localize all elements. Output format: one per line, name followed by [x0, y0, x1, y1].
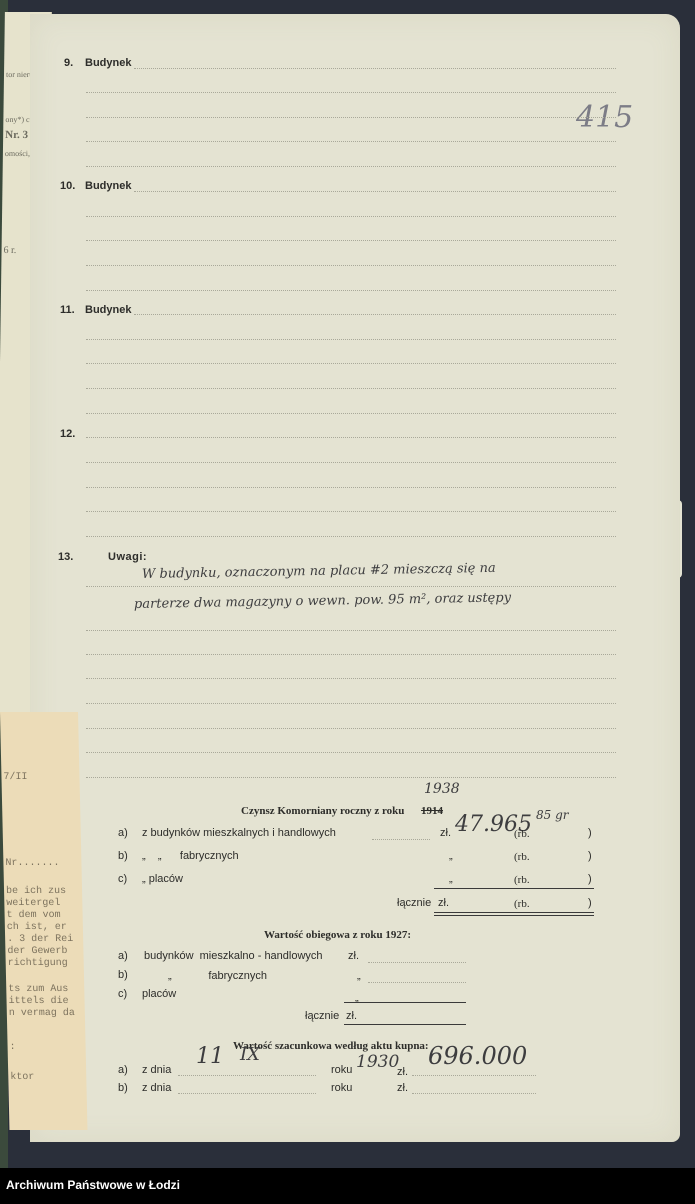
entry-line: [86, 166, 616, 167]
estimated-row-a-month: IX: [240, 1044, 260, 1065]
estimated-row-b-letter: b): [118, 1082, 128, 1094]
rent-row-c-close: ): [588, 873, 592, 885]
entry-line: [86, 678, 616, 679]
estimated-row-b-date-label: z dnia: [142, 1082, 171, 1094]
estimated-value-title: Wartość szacunkowa według aktu kupna:: [233, 1040, 429, 1052]
rent-row-a-currency: zł.: [440, 827, 451, 839]
market-row-c-letter: c): [118, 988, 127, 1000]
stub-text: weitergel: [6, 898, 60, 910]
entry-line: [86, 92, 616, 93]
archive-name: Archiwum Państwowe w Łodzi: [6, 1178, 180, 1192]
remarks-label: Uwagi:: [108, 551, 147, 563]
rent-row-a-close: ): [588, 827, 592, 839]
rent-row-a-letter: a): [118, 827, 128, 839]
market-value-title: Wartość obiegowa z roku 1927:: [264, 929, 411, 941]
section-10-label: Budynek: [85, 180, 131, 192]
stub-text: ittels die: [8, 996, 68, 1008]
entry-line: [86, 117, 616, 118]
entry-line: [412, 1075, 536, 1076]
rent-total-currency: zł.: [438, 897, 449, 909]
rent-row-b-close: ): [588, 850, 592, 862]
rent-row-b-rb: (rb.: [514, 851, 530, 863]
back-sheet-text: 6 r.: [3, 245, 16, 256]
rent-total-rb: (rb.: [514, 898, 530, 910]
entry-line: [86, 339, 616, 340]
entry-line: [86, 511, 616, 512]
document-scan: tor nieru- ony*) co- Nr. 3 omości, 6 r. …: [0, 0, 695, 1168]
estimated-row-a-year-label: roku: [331, 1064, 352, 1076]
entry-line: [86, 363, 616, 364]
rent-printed-year: 1914: [421, 805, 443, 817]
rent-row-c-letter: c): [118, 873, 127, 885]
rent-row-c-label: „ placów: [142, 873, 183, 885]
stub-text: ktor: [10, 1072, 34, 1084]
market-total-currency: zł.: [346, 1010, 357, 1022]
rent-row-a-rb: (rb.: [514, 828, 530, 840]
market-row-b-letter: b): [118, 969, 128, 981]
sum-rule: [344, 1002, 466, 1003]
section-13-number: 13.: [58, 551, 73, 563]
entry-line: [134, 314, 616, 315]
stub-text: ts zum Aus: [8, 984, 68, 996]
entry-line: [134, 68, 616, 69]
estimated-row-b-year-label: roku: [331, 1082, 352, 1094]
entry-line: [86, 413, 616, 414]
market-row-a-currency: zł.: [348, 950, 359, 962]
section-12-number: 12.: [60, 428, 75, 440]
stub-text: 7/II: [3, 772, 27, 784]
stub-text: . 3 der Rei: [7, 934, 73, 946]
market-total-label: łącznie: [305, 1010, 339, 1022]
entry-line: [178, 1093, 316, 1094]
rent-total-close: ): [588, 897, 592, 909]
estimated-row-a-currency: zł.: [397, 1066, 408, 1078]
rent-total-label: łącznie: [397, 897, 431, 909]
stub-text: Nr.......: [5, 858, 59, 870]
entry-line: [86, 654, 616, 655]
total-rule: [344, 1024, 466, 1025]
entry-line: [86, 240, 616, 241]
entry-line: [86, 728, 616, 729]
rent-row-b-currency: „: [449, 850, 453, 862]
market-row-a-letter: a): [118, 950, 128, 962]
rent-title: Czynsz Komorniany roczny z roku: [241, 805, 404, 817]
entry-line: [412, 1093, 536, 1094]
rent-row-c-currency: „: [449, 873, 453, 885]
stub-text: n vermag da: [9, 1008, 75, 1020]
stub-text: richtigung: [8, 958, 68, 970]
rent-row-a-cents: 85 gr: [536, 808, 569, 822]
stub-text: der Gewerb: [7, 946, 67, 958]
typewritten-stub: 7/II Nr....... be ich zus weitergel t de…: [0, 712, 87, 1130]
entry-line: [86, 777, 616, 778]
stub-text: ch ist, er: [7, 922, 67, 934]
section-11-label: Budynek: [85, 304, 131, 316]
market-row-b-currency: „: [357, 970, 361, 982]
entry-line: [86, 752, 616, 753]
entry-line: [86, 487, 616, 488]
entry-line: [86, 536, 616, 537]
sum-rule: [434, 888, 594, 889]
estimated-row-a-letter: a): [118, 1064, 128, 1076]
section-9-number: 9.: [64, 57, 73, 69]
back-sheet-text: Nr. 3: [5, 129, 28, 141]
archive-footer: Archiwum Państwowe w Łodzi: [0, 1168, 695, 1204]
section-10-number: 10.: [60, 180, 75, 192]
entry-line: [86, 141, 616, 142]
stub-text: :: [9, 1042, 15, 1054]
market-row-b-label: „ fabrycznych: [168, 970, 267, 982]
back-sheet-text: omości,: [5, 149, 30, 158]
entry-line: [86, 462, 616, 463]
entry-line: [86, 586, 616, 587]
stub-text: be ich zus: [6, 886, 66, 898]
entry-line: [86, 388, 616, 389]
entry-line: [86, 437, 616, 438]
estimated-row-b-currency: zł.: [397, 1082, 408, 1094]
rent-row-b-letter: b): [118, 850, 128, 862]
stub-text: t dem vom: [6, 910, 60, 922]
entry-line: [86, 703, 616, 704]
entry-line: [86, 265, 616, 266]
entry-line: [86, 216, 616, 217]
market-row-a-label: budynków mieszkalno - handlowych: [144, 950, 323, 962]
total-rule: [434, 915, 594, 916]
entry-line: [134, 191, 616, 192]
section-9-label: Budynek: [85, 57, 131, 69]
rent-row-c-rb: (rb.: [514, 874, 530, 886]
entry-line: [86, 630, 616, 631]
entry-line: [372, 839, 430, 840]
rent-row-b-label: „ „ fabrycznych: [142, 850, 239, 862]
entry-line: [178, 1075, 316, 1076]
section-11-number: 11.: [60, 304, 75, 316]
entry-line: [368, 962, 466, 963]
entry-line: [368, 982, 466, 983]
total-rule: [434, 912, 594, 913]
market-row-c-label: placów: [142, 988, 176, 1000]
estimated-row-a-amount: 696.000: [428, 1042, 527, 1070]
rent-row-a-label: z budynków mieszkalnych i handlowych: [142, 827, 336, 839]
estimated-row-a-day: 11: [196, 1044, 224, 1069]
estimated-row-a-date-label: z dnia: [142, 1064, 171, 1076]
estimated-row-a-year: 1930: [356, 1052, 399, 1072]
entry-line: [86, 290, 616, 291]
rent-handwritten-year: 1938: [424, 781, 460, 797]
